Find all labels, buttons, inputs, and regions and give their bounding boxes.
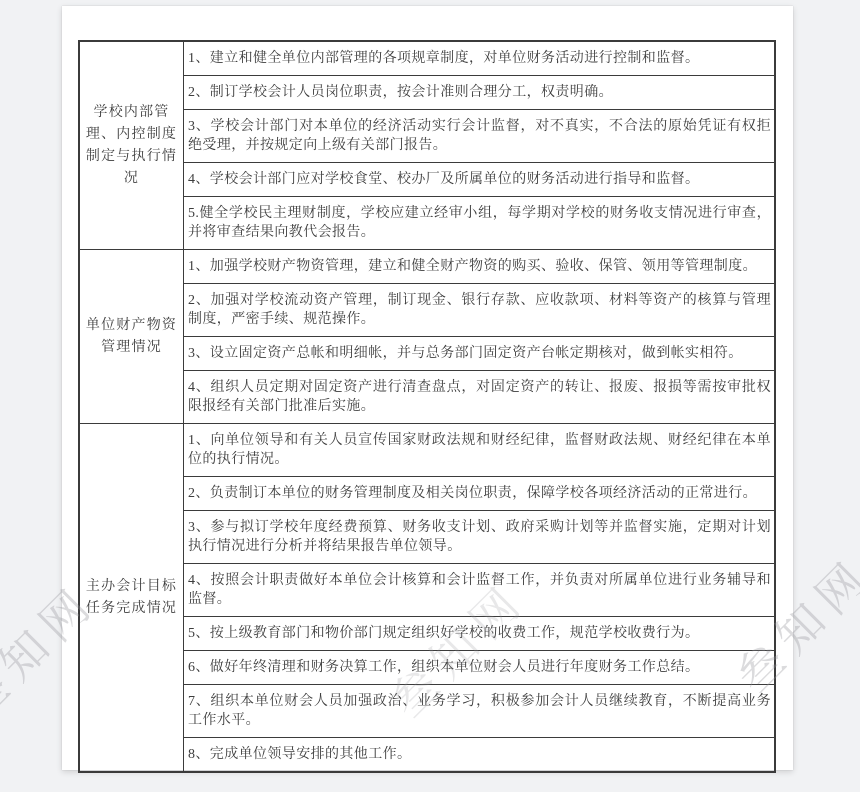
section-header: 主办会计目标任务完成情况 <box>79 424 184 773</box>
task-cell: 1、建立和健全单位内部管理的各项规章制度，对单位财务活动进行控制和监督。 <box>184 41 776 76</box>
task-row: 3、学校会计部门对本单位的经济活动实行会计监督，对不真实，不合法的原始凭证有权拒… <box>79 110 775 163</box>
task-row: 8、完成单位领导安排的其他工作。 <box>79 738 775 773</box>
section-header: 学校内部管理、内控制度制定与执行情况 <box>79 41 184 250</box>
task-cell: 1、向单位领导和有关人员宣传国家财政法规和财经纪律，监督财政法规、财经纪律在本单… <box>184 424 776 477</box>
task-cell: 4、按照会计职责做好本单位会计核算和会计监督工作，并负责对所属单位进行业务辅导和… <box>184 564 776 617</box>
task-row: 5、按上级教育部门和物价部门规定组织好学校的收费工作，规范学校收费行为。 <box>79 617 775 651</box>
task-cell: 2、制订学校会计人员岗位职责，按会计准则合理分工，权责明确。 <box>184 76 776 110</box>
task-row: 单位财产物资管理情况1、加强学校财产物资管理，建立和健全财产物资的购买、验收、保… <box>79 250 775 284</box>
task-cell: 3、学校会计部门对本单位的经济活动实行会计监督，对不真实，不合法的原始凭证有权拒… <box>184 110 776 163</box>
task-row: 4、组织人员定期对固定资产进行清查盘点，对固定资产的转让、报废、报损等需按审批权… <box>79 371 775 424</box>
task-row: 2、负责制订本单位的财务管理制度及相关岗位职责，保障学校各项经济活动的正常进行。 <box>79 477 775 511</box>
task-cell: 5.健全学校民主理财制度，学校应建立经审小组，每学期对学校的财务收支情况进行审查… <box>184 197 776 250</box>
task-cell: 1、加强学校财产物资管理，建立和健全财产物资的购买、验收、保管、领用等管理制度。 <box>184 250 776 284</box>
task-cell: 3、参与拟订学校年度经费预算、财务收支计划、政府采购计划等并监督实施，定期对计划… <box>184 511 776 564</box>
task-row: 3、参与拟订学校年度经费预算、财务收支计划、政府采购计划等并监督实施，定期对计划… <box>79 511 775 564</box>
task-row: 2、加强对学校流动资产管理，制订现金、银行存款、应收款项、材料等资产的核算与管理… <box>79 284 775 337</box>
task-row: 主办会计目标任务完成情况1、向单位领导和有关人员宣传国家财政法规和财经纪律，监督… <box>79 424 775 477</box>
task-row: 6、做好年终清理和财务决算工作，组织本单位财会人员进行年度财务工作总结。 <box>79 651 775 685</box>
section-header: 单位财产物资管理情况 <box>79 250 184 424</box>
task-row: 4、按照会计职责做好本单位会计核算和会计监督工作，并负责对所属单位进行业务辅导和… <box>79 564 775 617</box>
task-cell: 6、做好年终清理和财务决算工作，组织本单位财会人员进行年度财务工作总结。 <box>184 651 776 685</box>
task-row: 5.健全学校民主理财制度，学校应建立经审小组，每学期对学校的财务收支情况进行审查… <box>79 197 775 250</box>
task-cell: 7、组织本单位财会人员加强政治、业务学习，积极参加会计人员继续教育，不断提高业务… <box>184 685 776 738</box>
task-cell: 3、设立固定资产总帐和明细帐，并与总务部门固定资产台帐定期核对，做到帐实相符。 <box>184 337 776 371</box>
duty-table: 学校内部管理、内控制度制定与执行情况1、建立和健全单位内部管理的各项规章制度，对… <box>78 40 776 773</box>
table-section: 主办会计目标任务完成情况1、向单位领导和有关人员宣传国家财政法规和财经纪律，监督… <box>79 424 775 773</box>
task-cell: 4、组织人员定期对固定资产进行清查盘点，对固定资产的转让、报废、报损等需按审批权… <box>184 371 776 424</box>
task-cell: 2、加强对学校流动资产管理，制订现金、银行存款、应收款项、材料等资产的核算与管理… <box>184 284 776 337</box>
task-row: 7、组织本单位财会人员加强政治、业务学习，积极参加会计人员继续教育，不断提高业务… <box>79 685 775 738</box>
task-cell: 8、完成单位领导安排的其他工作。 <box>184 738 776 773</box>
table-section: 学校内部管理、内控制度制定与执行情况1、建立和健全单位内部管理的各项规章制度，对… <box>79 41 775 250</box>
task-row: 2、制订学校会计人员岗位职责，按会计准则合理分工，权责明确。 <box>79 76 775 110</box>
task-cell: 5、按上级教育部门和物价部门规定组织好学校的收费工作，规范学校收费行为。 <box>184 617 776 651</box>
task-row: 4、学校会计部门应对学校食堂、校办厂及所属单位的财务活动进行指导和监督。 <box>79 163 775 197</box>
table-section: 单位财产物资管理情况1、加强学校财产物资管理，建立和健全财产物资的购买、验收、保… <box>79 250 775 424</box>
task-cell: 2、负责制订本单位的财务管理制度及相关岗位职责，保障学校各项经济活动的正常进行。 <box>184 477 776 511</box>
page: 学校内部管理、内控制度制定与执行情况1、建立和健全单位内部管理的各项规章制度，对… <box>0 0 860 792</box>
task-row: 学校内部管理、内控制度制定与执行情况1、建立和健全单位内部管理的各项规章制度，对… <box>79 41 775 76</box>
task-cell: 4、学校会计部门应对学校食堂、校办厂及所属单位的财务活动进行指导和监督。 <box>184 163 776 197</box>
task-row: 3、设立固定资产总帐和明细帐，并与总务部门固定资产台帐定期核对，做到帐实相符。 <box>79 337 775 371</box>
